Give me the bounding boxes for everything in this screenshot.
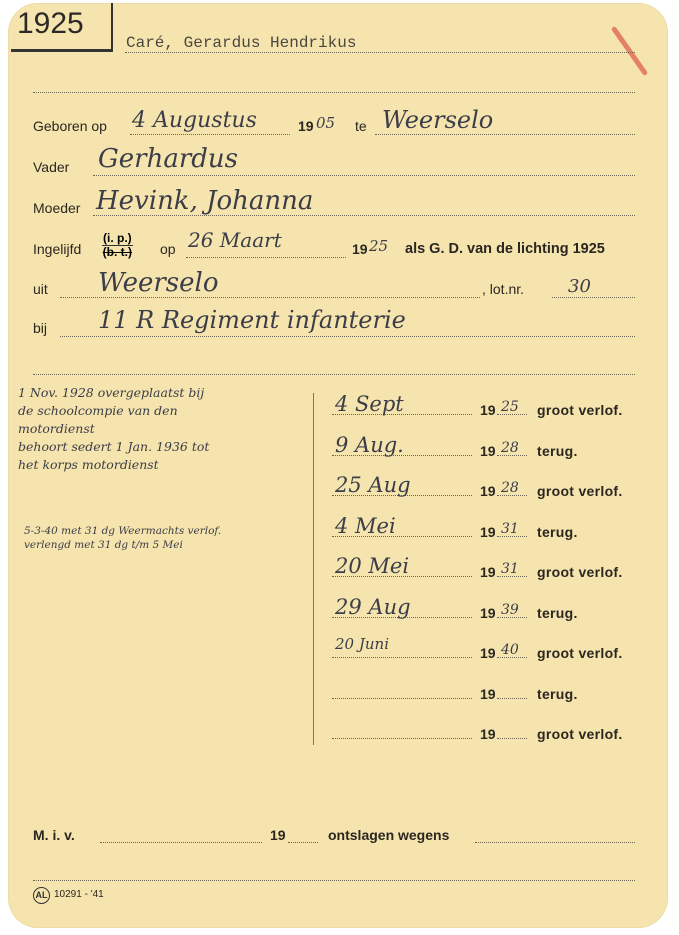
leave-date-line xyxy=(332,657,472,658)
lot-line xyxy=(552,297,635,298)
unit: 11 R Regiment infanterie xyxy=(98,306,406,334)
leave-note-line: verlengd met 31 dg t/m 5 Mei xyxy=(24,538,221,552)
from-place: Weerselo xyxy=(98,268,219,298)
enlisted-label: Ingelijfd xyxy=(33,241,81,257)
father-line xyxy=(93,175,635,176)
leave-year-suffix: 31 xyxy=(501,521,519,537)
separator-line xyxy=(33,374,635,375)
leave-year-prefix: 19 xyxy=(480,645,496,661)
leave-year-suffix: 39 xyxy=(501,602,519,618)
blank-line xyxy=(33,92,635,93)
leave-date: 4 Sept xyxy=(335,392,404,416)
leave-status: terug. xyxy=(537,524,578,540)
unit-line xyxy=(60,336,635,337)
year-box-value: 1925 xyxy=(17,7,84,41)
from-label: uit xyxy=(33,281,48,297)
leave-date: 4 Mei xyxy=(335,514,396,538)
publisher-logo-icon: AL xyxy=(33,887,50,904)
frac-top: (i. p.) xyxy=(102,232,133,246)
leave-date: 9 Aug. xyxy=(335,433,404,457)
enlisted-year-suffix: 25 xyxy=(369,237,388,255)
leave-status: terug. xyxy=(537,686,578,702)
leave-status: groot verlof. xyxy=(537,564,623,580)
born-place-line xyxy=(375,134,635,135)
note-line: het korps motordienst xyxy=(18,456,209,474)
leave-status: groot verlof. xyxy=(537,402,623,418)
leave-status: groot verlof. xyxy=(537,726,623,742)
born-date-line xyxy=(130,134,290,135)
enlisted-year-prefix: 19 xyxy=(352,241,368,257)
leave-date-line xyxy=(332,698,472,699)
born-date: 4 Augustus xyxy=(132,108,257,133)
leave-note-line: 5-3-40 met 31 dg Weermachts verlof. xyxy=(24,524,221,538)
father-name: Gerhardus xyxy=(98,144,238,174)
discharge-year-prefix: 19 xyxy=(270,827,286,843)
typed-name: Caré, Gerardus Hendrikus xyxy=(126,34,356,52)
leave-date: 20 Juni xyxy=(335,635,389,653)
mother-label: Moeder xyxy=(33,200,80,216)
leave-year-suffix: 28 xyxy=(501,440,519,456)
born-place-label: te xyxy=(355,118,367,134)
mother-name: Hevink, Johanna xyxy=(96,186,313,216)
discharge-reason-line xyxy=(475,842,635,843)
column-divider xyxy=(313,393,314,745)
leave-year-prefix: 19 xyxy=(480,483,496,499)
leave-date-line xyxy=(332,738,472,739)
unit-label: bij xyxy=(33,320,47,336)
born-year-suffix: 05 xyxy=(316,114,335,132)
frac-bottom: (b. t.) xyxy=(102,246,133,259)
leave-status: terug. xyxy=(537,443,578,459)
leave-year-prefix: 19 xyxy=(480,402,496,418)
leave-year-suffix: 25 xyxy=(501,399,519,415)
leave-status: groot verlof. xyxy=(537,645,623,661)
form-number: 10291 - '41 xyxy=(54,889,104,900)
born-place: Weerselo xyxy=(382,106,493,134)
enlisted-date: 26 Maart xyxy=(188,228,282,252)
leave-year-suffix: 28 xyxy=(501,480,519,496)
born-year-prefix: 19 xyxy=(298,118,314,134)
leave-year-suffix: 31 xyxy=(501,561,519,577)
leave-year-prefix: 19 xyxy=(480,443,496,459)
discharge-reason-label: ontslagen wegens xyxy=(328,827,449,843)
year-box: 1925 xyxy=(11,3,113,52)
leave-status: terug. xyxy=(537,605,578,621)
enlisted-as: als G. D. van de lichting 1925 xyxy=(405,241,605,257)
name-line xyxy=(125,52,635,53)
leave-year-prefix: 19 xyxy=(480,524,496,540)
leave-year-prefix: 19 xyxy=(480,726,496,742)
leave-date: 20 Mei xyxy=(335,554,409,578)
enlisted-fraction: (i. p.)(b. t.) xyxy=(102,232,133,259)
leave-year-line xyxy=(497,738,527,739)
note-line: motordienst xyxy=(18,420,209,438)
leave-year-suffix: 40 xyxy=(501,642,519,658)
leave-date: 25 Aug xyxy=(335,473,411,497)
discharge-year-line xyxy=(288,842,318,843)
father-label: Vader xyxy=(33,159,69,175)
born-label: Geboren op xyxy=(33,118,107,134)
footer-line xyxy=(33,880,635,881)
handwritten-notes: 1 Nov. 1928 overgeplaatst bijde schoolco… xyxy=(18,384,209,474)
enlisted-date-line xyxy=(186,257,346,258)
note-line: de schoolcompie van den xyxy=(18,402,209,420)
leave-year-line xyxy=(497,698,527,699)
discharge-date-line xyxy=(100,842,262,843)
note-line: behoort sedert 1 Jan. 1936 tot xyxy=(18,438,209,456)
handwritten-notes-leave: 5-3-40 met 31 dg Weermachts verlof.verle… xyxy=(24,524,221,552)
discharge-label: M. i. v. xyxy=(33,827,75,843)
leave-date: 29 Aug xyxy=(335,595,411,619)
lot-number: 30 xyxy=(568,276,591,297)
leave-year-prefix: 19 xyxy=(480,686,496,702)
enlisted-on-label: op xyxy=(160,241,176,257)
lot-label: , lot.nr. xyxy=(482,281,524,297)
leave-year-prefix: 19 xyxy=(480,564,496,580)
note-line: 1 Nov. 1928 overgeplaatst bij xyxy=(18,384,209,402)
leave-status: groot verlof. xyxy=(537,483,623,499)
leave-year-prefix: 19 xyxy=(480,605,496,621)
